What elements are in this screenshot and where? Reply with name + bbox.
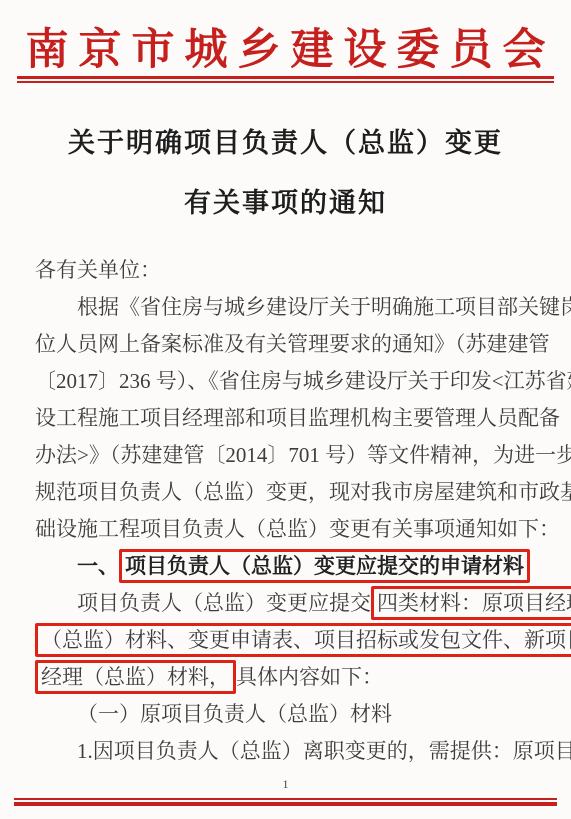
footer-rule-thick	[14, 802, 557, 806]
body-line: 设工程施工项目经理部和项目监理机构主要管理人员配备	[35, 400, 545, 437]
body-line: 规范项目负责人（总监）变更，现对我市房屋建筑和市政基	[35, 474, 545, 511]
body-line: 办法>》（苏建建管〔2014〕701 号）等文件精神，为进一步	[35, 437, 545, 474]
list-item-1: 1.因项目负责人（总监）离职变更的，需提供：原项目	[35, 733, 545, 770]
page-number: 1	[0, 777, 571, 792]
body-line: 位人员网上备案标准及有关管理要求的通知》（苏建建管	[35, 326, 545, 363]
highlight-box-1: 四类材料：原项目经理	[371, 586, 571, 620]
footer-rule	[14, 798, 557, 806]
document-body: 各有关单位： 根据《省住房与城乡建设厅关于明确施工项目部关键岗 位人员网上备案标…	[35, 252, 545, 770]
letterhead-rule-thin	[17, 81, 554, 83]
body-line: （总监）材料、变更申请表、项目招标或发包文件、新项目	[35, 622, 545, 659]
body-line: 〔2017〕236 号）、《省住房与城乡建设厅关于印发<江苏省建	[35, 363, 545, 400]
highlight-box-3: 经理（总监）材料，	[35, 660, 236, 694]
highlight-box-heading: 项目负责人（总监）变更应提交的申请材料	[119, 549, 530, 583]
letterhead-agency-name: 南京市城乡建设委员会	[0, 16, 571, 77]
letterhead-rule	[17, 76, 554, 83]
document-title-line2: 有关事项的通知	[0, 181, 571, 220]
body-text: 具体内容如下：	[236, 665, 383, 689]
letterhead-rule-thick	[17, 76, 554, 79]
sub-heading-1: （一）原项目负责人（总监）材料	[35, 696, 545, 733]
section-heading-1: 一、项目负责人（总监）变更应提交的申请材料	[35, 548, 545, 585]
body-text: 项目负责人（总监）变更应提交	[77, 591, 371, 615]
body-line: 经理（总监）材料，具体内容如下：	[35, 659, 545, 696]
footer-rule-thin	[14, 798, 557, 800]
section-number: 一、	[77, 554, 119, 578]
document-title-line1: 关于明确项目负责人（总监）变更	[0, 121, 571, 160]
salutation: 各有关单位：	[35, 252, 545, 289]
body-line: 项目负责人（总监）变更应提交四类材料：原项目经理	[35, 585, 545, 622]
body-line: 根据《省住房与城乡建设厅关于明确施工项目部关键岗	[35, 289, 545, 326]
highlight-box-2: （总监）材料、变更申请表、项目招标或发包文件、新项目	[35, 623, 571, 657]
body-line: 础设施工程项目负责人（总监）变更有关事项通知如下：	[35, 511, 545, 548]
document-page: 南京市城乡建设委员会 关于明确项目负责人（总监）变更 有关事项的通知 各有关单位…	[0, 0, 571, 819]
